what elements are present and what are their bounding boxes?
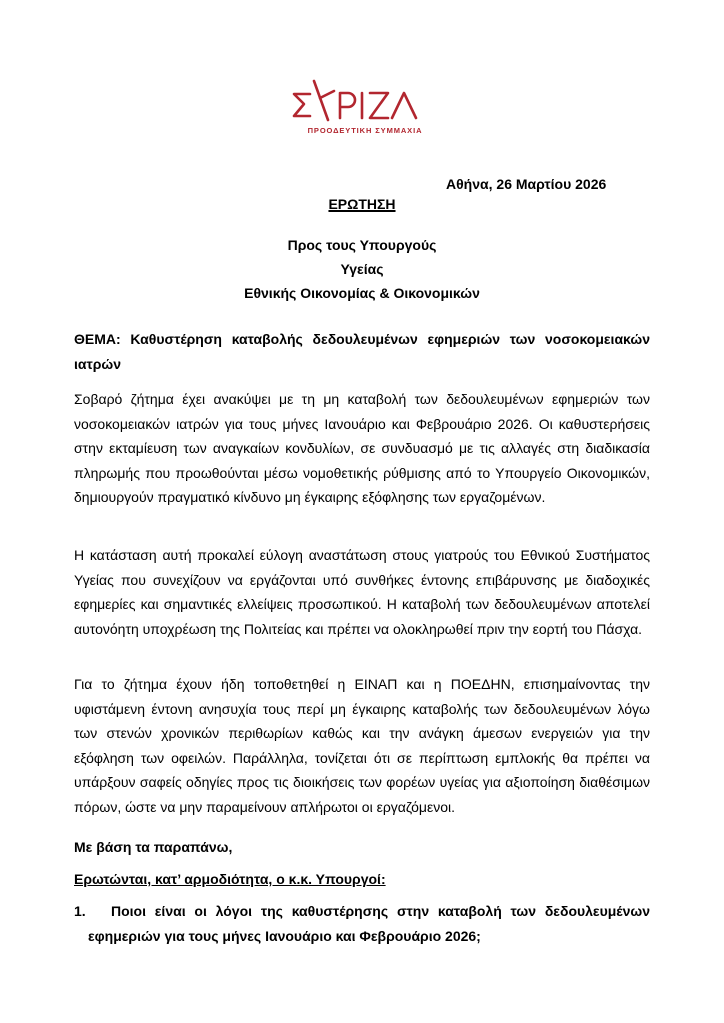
subject: ΘΕΜΑ: Καθυστέρηση καταβολής δεδουλευμένω…: [74, 327, 650, 376]
document-type: ΕΡΩΤΗΣΗ: [328, 196, 395, 212]
logo-subtitle: ΠΡΟΟΔΕΥΤΙΚΗ ΣΥΜΜΑΧΙΑ: [290, 126, 440, 135]
question-number: 1.: [74, 899, 86, 924]
question-text: Ποιοι είναι οι λόγοι της καθυστέρησης στ…: [74, 899, 650, 948]
recipient-line: Υγείας: [0, 257, 724, 281]
question-item: 1. Ποιοι είναι οι λόγοι της καθυστέρησης…: [74, 899, 650, 948]
body-paragraph: Για το ζήτημα έχουν ήδη τοποθετηθεί η ΕΙ…: [74, 672, 650, 819]
syriza-logo-icon: [290, 76, 440, 124]
recipient-line: Εθνικής Οικονομίας & Οικονομικών: [0, 281, 724, 305]
date-line: Αθήνα, 26 Μαρτίου 2026: [446, 176, 606, 192]
body-paragraph: Σοβαρό ζήτημα έχει ανακύψει με τη μη κατ…: [74, 387, 650, 510]
body-paragraph: Η κατάσταση αυτή προκαλεί εύλογη αναστάτ…: [74, 543, 650, 641]
ask-heading: Ερωτώνται, κατ’ αρμοδιότητα, ο κ.κ. Υπου…: [74, 867, 650, 892]
recipient-line: Προς τους Υπουργούς: [0, 233, 724, 257]
closing-line: Με βάση τα παραπάνω,: [74, 835, 650, 860]
document-type-container: ΕΡΩΤΗΣΗ: [0, 196, 724, 214]
party-logo: ΠΡΟΟΔΕΥΤΙΚΗ ΣΥΜΜΑΧΙΑ: [290, 76, 440, 138]
recipients: Προς τους Υπουργούς Υγείας Εθνικής Οικον…: [0, 233, 724, 305]
